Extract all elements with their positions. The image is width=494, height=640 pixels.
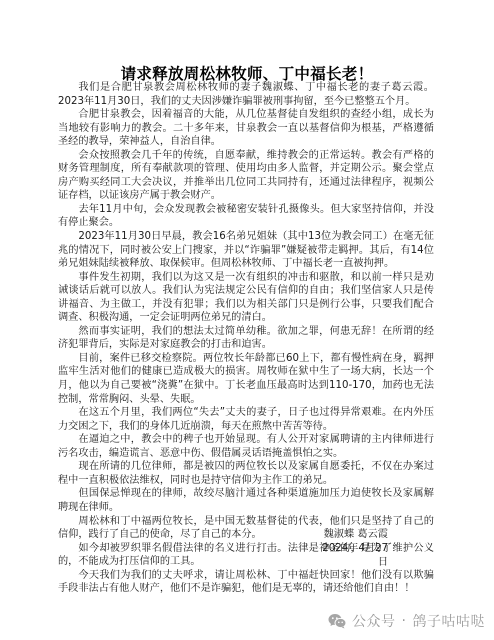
paragraph: 目前，案件已移交检察院。两位牧长年龄都已60上下，都有慢性病在身，羁押监牢生活对…: [58, 352, 434, 406]
watermark: 公众号 · 鸽子咕咕哒: [328, 611, 485, 631]
paragraph: 我们是合肥甘泉教会周松林牧师的妻子魏淑蝶、丁中福长老的妻子葛云霞。2023年11…: [58, 81, 434, 108]
watermark-account: 鸽子咕咕哒: [412, 611, 485, 631]
paragraph: 2023年11月30日早晨，教会16名弟兄姐妹（其中13位为教会同工）在毫无征兆…: [58, 230, 434, 271]
paragraph: 今天我们为我们的丈夫呼求，请让周松林、丁中福赶快回家！他们没有以欺骗手段非法占有…: [58, 569, 434, 596]
paragraph: 然而事实证明，我们的想法太过简单幼稚。欲加之罪，何患无辞！在所谓的经济犯罪背后，…: [58, 325, 434, 352]
paragraph: 合肥甘泉教会，因着福音的大能，从几位基督徒自发组织的查经小组，成长为当地较有影响…: [58, 108, 434, 149]
document-body: 我们是合肥甘泉教会周松林牧师的妻子魏淑蝶、丁中福长老的妻子葛云霞。2023年11…: [58, 81, 434, 596]
paragraph: 在这五个月里，我们两位“失去”丈夫的妻子，日子也过得异常艰难。在内外压力交困之下…: [58, 406, 434, 433]
paragraph: 在逼迫之中，教会中的稗子也开始显现。有人公开对家属聘请的主内律师进行污名攻击，编…: [58, 433, 434, 460]
watermark-prefix: 公众号: [352, 611, 396, 631]
wechat-icon: [328, 613, 347, 629]
paragraph: 会众按照教会几千年的传统，自愿奉献，维持教会的正常运转。教会有严格的财务管理制度…: [58, 149, 434, 203]
paragraph: 事件发生初期，我们以为这又是一次有组织的冲击和驱散，和以前一样只是劝诫谈话后就可…: [58, 271, 434, 325]
paragraph: 去年11月中旬，会众发现教会被秘密安装针孔摄像头。但大家坚持信仰，并没有停止聚会…: [58, 203, 434, 230]
paragraph: 现在所请的几位律师，都是被囚的两位牧长以及家属自愿委托，不仅在办案过程中一直积极…: [58, 460, 434, 487]
signature-date: 2024年4月27日: [320, 542, 388, 569]
watermark-separator: ·: [402, 613, 407, 629]
signature-names: 魏淑蝶 葛云霞: [320, 528, 388, 542]
paragraph: 但国保忌惮现在的律师，故绞尽脑汁通过各种渠道施加压力迫使牧长及家属解聘现在律师。: [58, 487, 434, 514]
